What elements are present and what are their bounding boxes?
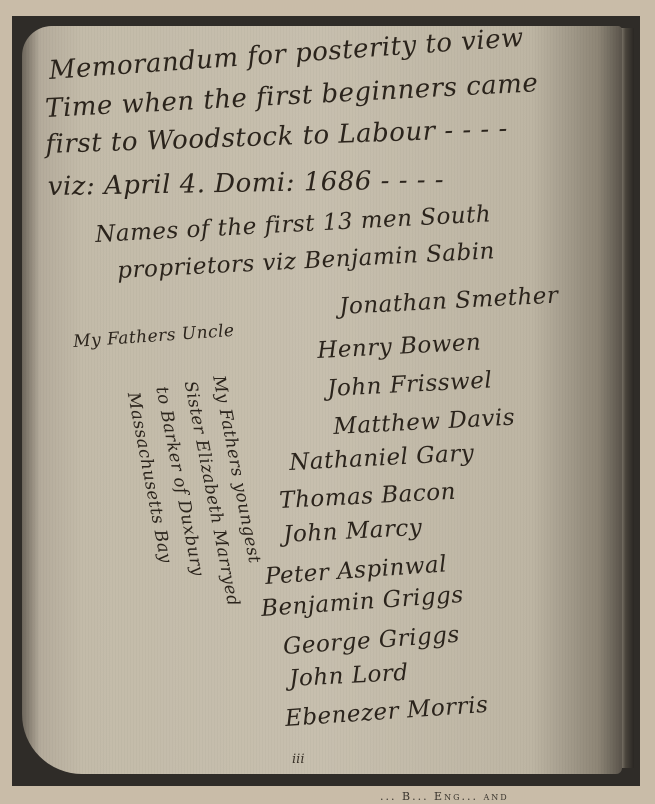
manuscript-page: Memorandum for posterity to view Time wh… [22,26,622,774]
name-2: Henry Bowen [317,329,482,364]
folio-mark: iii [292,752,304,767]
header-line-3: first to Woodstock to Labour - - - - [45,114,508,160]
intro-line-2: proprietors viz Benjamin Sabin [117,238,496,284]
name-4: Matthew Davis [333,405,516,440]
name-5: Nathaniel Gary [289,440,475,476]
header-line-4-date: viz: April 4. Domi: 1686 - - - - [47,165,444,202]
plate-caption: ... B... Eng... and [380,790,509,803]
name-6: Thomas Bacon [279,479,457,514]
name-7: John Marcy [283,515,423,548]
name-3: John Frisswel [327,367,493,402]
name-10: George Griggs [282,622,460,660]
margin-annotation: My Fathers Uncle [73,321,236,352]
name-1: Jonathan Smether [339,283,559,320]
name-11: John Lord [289,660,410,692]
name-12: Ebenezer Morris [284,692,489,732]
